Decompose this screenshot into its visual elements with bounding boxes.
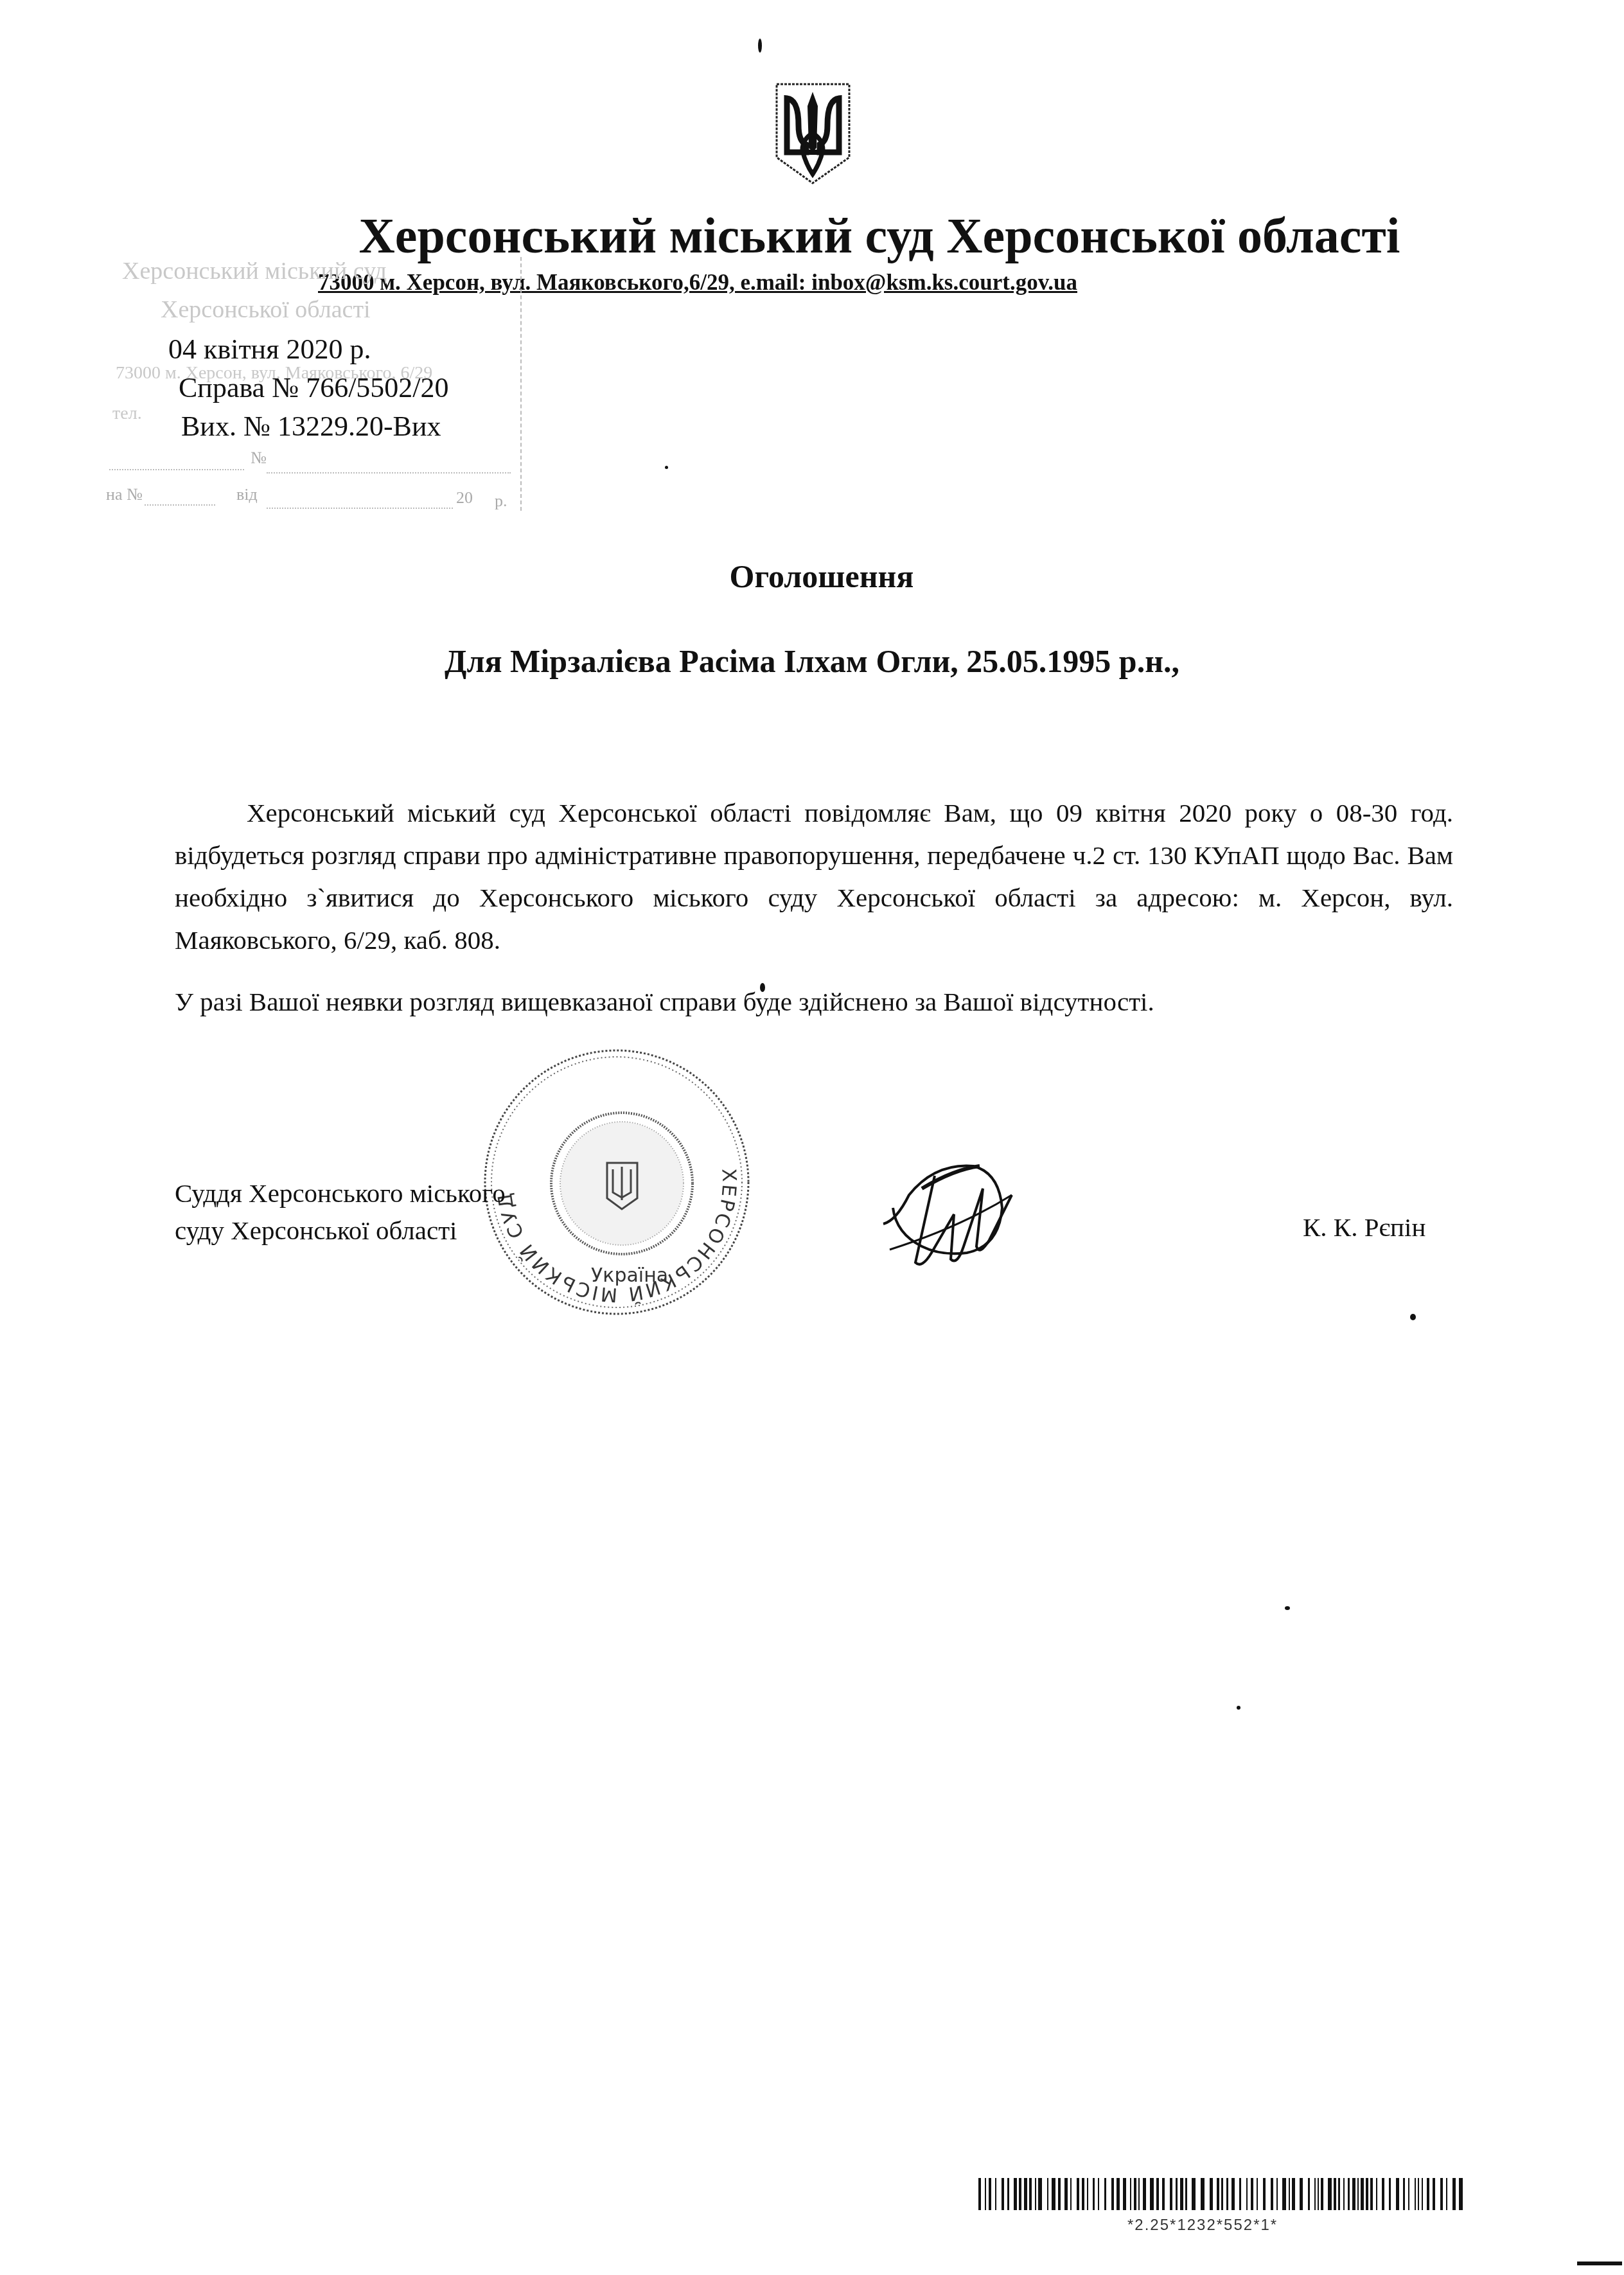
stamp-faint-line: Херсонської області [161,296,371,324]
notice-title: Оголошення [0,558,1624,595]
court-seal-icon: ХЕРСОНСЬКИЙ МІСЬКИЙ СУД * ХЕРСОНСЬКОЇ ОБ… [475,1041,758,1323]
judge-position: Суддя Херсонського міського суду Херсонс… [175,1174,506,1249]
notice-addressee: Для Мірзалієва Расіма Ілхам Огли, 25.05.… [0,642,1624,680]
court-name-heading: Херсонський міський суд Херсонської обла… [0,207,1624,265]
outgoing-number: Вих. № 13229.20-Вих [181,410,441,443]
handwritten-signature-icon [870,1150,1102,1272]
stamp-faint-line: тел. [112,403,142,424]
judge-name: К. К. Рєпін [1303,1212,1425,1243]
stamp-faint-line: Херсонський міський суд [122,257,387,285]
seal-bottom-text: Україна [591,1264,668,1287]
registration-stamp: Херсонський міський суд Херсонської обла… [96,257,522,511]
notice-paragraph-1: Херсонський міський суд Херсонської обла… [175,792,1453,961]
judge-position-line-2: суду Херсонської області [175,1212,506,1249]
barcode-number: *2.25*1232*552*1* [1127,2217,1278,2235]
field-from-label: від [236,485,258,504]
judge-position-line-1: Суддя Херсонського міського [175,1174,506,1212]
letter-date: 04 квітня 2020 р. [168,333,371,366]
field-number-label: № [251,448,267,468]
trident-emblem-icon [773,80,853,186]
case-number: Справа № 766/5502/20 [179,371,449,404]
notice-body: Херсонський міський суд Херсонської обла… [175,792,1453,961]
field-ref-label: на № [106,485,143,504]
notice-paragraph-2: У разі Вашої неявки розгляд вищевказаної… [175,986,1154,1017]
field-year-suffix: р. [495,491,507,511]
field-year-label: 20 [456,488,473,508]
